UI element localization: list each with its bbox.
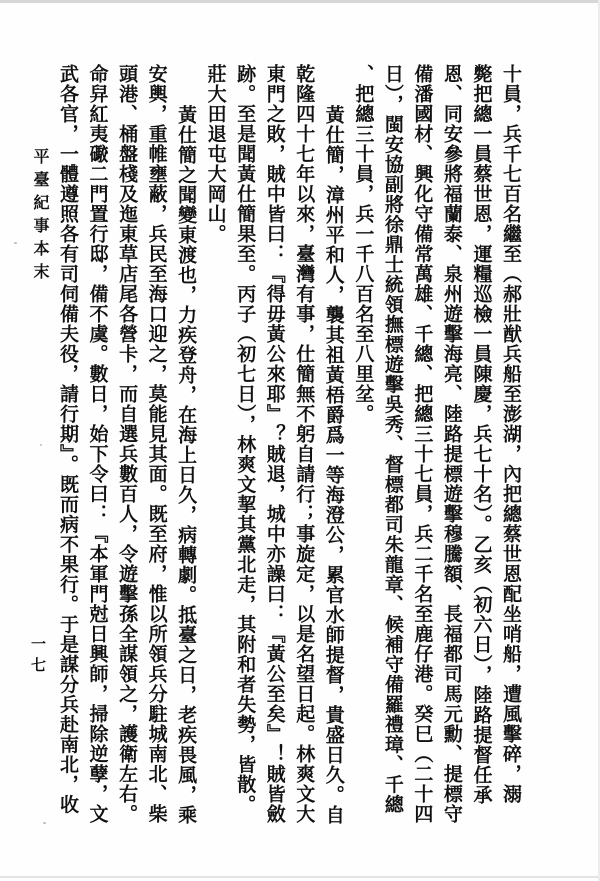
text-column: 命舁紅夷礮二門置行邸，備不虞。數日，始下令曰：『本軍門尅日興師，掃除逆孽，文 <box>88 64 107 814</box>
text-column: 備潘國材、興化守備常萬雄、千總、把總三十七員，兵二千名至鹿仔港。癸巳（二十四 <box>412 64 431 814</box>
text-column: 安輿，重帷壅蔽，兵民至海口迎之，莫能見其面。既至府，惟以所領兵分駐城南北、柴 <box>147 64 166 814</box>
scan-edge-bottom <box>0 876 600 878</box>
text-column: 日），閩安協副將徐鼎士統領撫標遊擊吳秀、督標都司朱龍章、候補守備羅禮璋、千總 <box>383 64 402 814</box>
text-column: 武各官，一體遵照各有司伺備夫役，請行期』。既而病不果行。于是謀分兵赴南北，收 <box>58 64 77 814</box>
text-column: 跡。至是聞黃仕簡果至。丙子（初七日），林爽文挈其黨北走，其附和者失勢，皆散。 <box>235 64 254 814</box>
scan-speckle <box>43 822 46 824</box>
scan-edge-top <box>0 0 600 3</box>
scan-speckle <box>40 444 42 446</box>
text-column: 莊大田退屯大岡山。 <box>206 64 225 814</box>
text-column: 乾隆四十七年以來，臺灣有事，仕簡無不躬自請行；事旋定，以是名望日起。林爽文大 <box>294 64 313 814</box>
scan-speckle <box>14 242 17 244</box>
text-column: 、把總三十員，兵一千八百名至八里坌。 <box>353 64 372 814</box>
page-number: 一七 <box>27 636 48 678</box>
text-column: 恩、同安參將福蘭泰、泉州遊擊海亮、陸路提標遊擊穆騰額、長福都司馬元勳、提標守 <box>442 64 461 814</box>
text-column: 黃仕簡，漳州平和人，襲其祖黃梧爵爲一等海澄公，累官水師提督，貴盛日久。自 <box>324 64 343 855</box>
scanned-book-page: 平臺紀事本末 一七 十員，兵千七百名繼至（郝壯猷兵船至澎湖，內把總蔡世恩配坐哨船… <box>0 0 600 881</box>
margin-title: 平臺紀事本末 <box>28 148 51 286</box>
text-column: 頭港、桶盤棧及迤東草店尾各營卡，而自選兵數百人，令遊擊孫全謀領之，護衛左右。 <box>117 64 136 814</box>
text-column: 黃仕簡之聞變東渡也，力疾登舟，在海上日久，病轉劇。抵臺之日，老疾畏風，乘 <box>176 64 195 855</box>
text-column: 東門之敗，賊中皆曰：『得毋黃公來耶』？賊退，城中亦譟曰：『黃公至矣』！賊皆斂 <box>265 64 284 814</box>
main-text-block: 十員，兵千七百名繼至（郝壯猷兵船至澎湖，內把總蔡世恩配坐哨船，遭風擊碎，溺 斃把… <box>58 64 520 814</box>
text-column: 十員，兵千七百名繼至（郝壯猷兵船至澎湖，內把總蔡世恩配坐哨船，遭風擊碎，溺 <box>501 64 520 814</box>
text-column: 斃把總一員蔡世恩，運糧巡檢一員陳慶，兵七十名）。乙亥（初六日），陸路提督任承 <box>471 64 490 814</box>
